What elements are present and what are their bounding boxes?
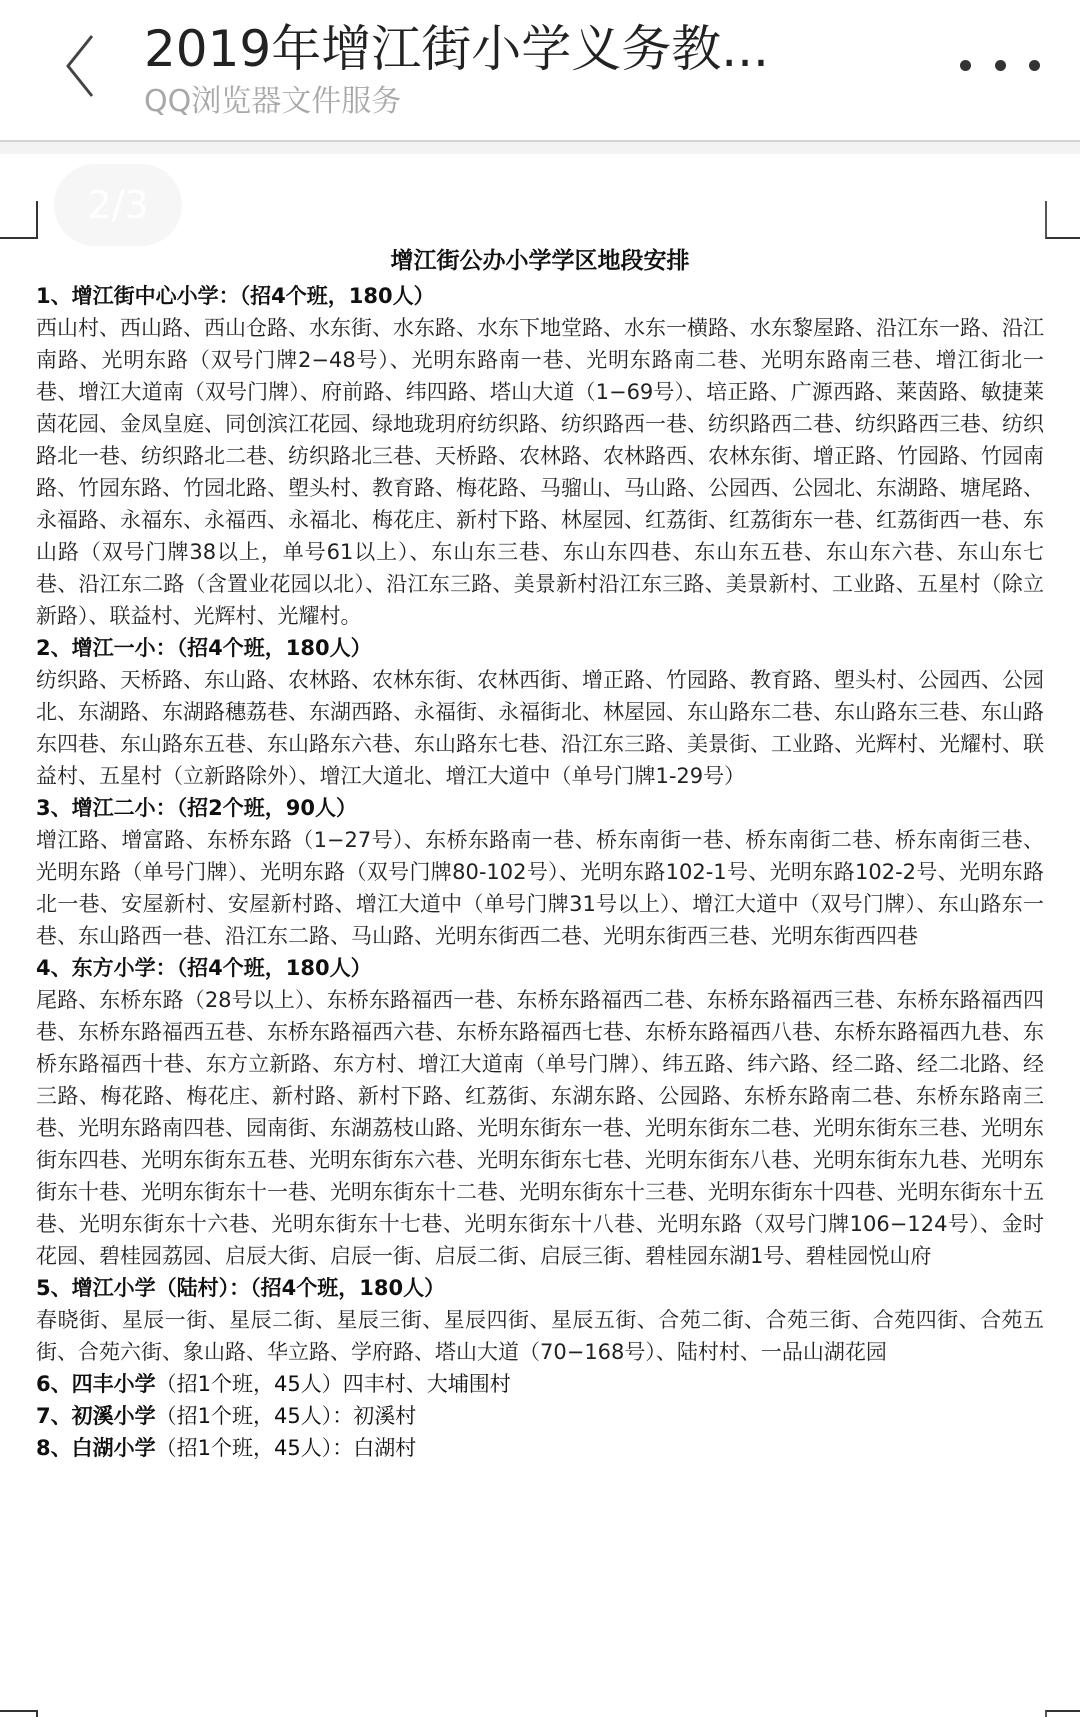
- school-heading: 2、增江一小：（招4个班，180人）: [36, 632, 1044, 664]
- school-name: 7、初溪小学: [36, 1404, 156, 1428]
- school-line: 7、初溪小学（招1个班，45人）：初溪村: [36, 1400, 1044, 1432]
- district-streets: 纺织路、天桥路、东山路、农林路、农林东街、农林西街、增正路、竹园路、教育路、塱头…: [36, 664, 1044, 792]
- district-streets: 春晓街、星辰一街、星辰二街、星辰三街、星辰四街、星辰五街、合苑二街、合苑三街、合…: [36, 1304, 1044, 1368]
- school-name: 5、增江小学（陆村）：: [36, 1276, 250, 1300]
- doc-heading: 增江街公办小学学区地段安排: [0, 243, 1080, 279]
- school-heading: 4、东方小学：（招4个班，180人）: [36, 952, 1044, 984]
- app-header: 2019年增江街小学义务教... QQ浏览器文件服务: [0, 0, 1080, 142]
- school-name: 8、白湖小学: [36, 1436, 156, 1460]
- enrollment-quota: （招1个班，45人）：: [156, 1404, 354, 1428]
- school-section: 1、增江街中心小学：（招4个班，180人） 西山村、西山路、西山仓路、水东街、水…: [36, 280, 1044, 632]
- school-name: 6、四丰小学: [36, 1372, 156, 1396]
- service-label: QQ浏览器文件服务: [144, 82, 401, 122]
- enrollment-quota: （招2个班，90人）: [177, 796, 357, 820]
- district-streets: 尾路、东桥东路（28号以上）、东桥东路福西一巷、东桥东路福西二巷、东桥东路福西三…: [36, 984, 1044, 1272]
- school-name: 3、增江二小：: [36, 796, 177, 820]
- school-section: 4、东方小学：（招4个班，180人） 尾路、东桥东路（28号以上）、东桥东路福西…: [36, 952, 1044, 1272]
- school-name: 4、东方小学：: [36, 956, 177, 980]
- school-section: 3、增江二小：（招2个班，90人） 增江路、增富路、东桥东路（1−27号）、东桥…: [36, 792, 1044, 952]
- school-section: 2、增江一小：（招4个班，180人） 纺织路、天桥路、东山路、农林路、农林东街、…: [36, 632, 1044, 792]
- chevron-left-icon: [60, 30, 110, 100]
- district-streets: 四丰村、大埔围村: [343, 1372, 511, 1396]
- crop-mark-bottom-right: [1045, 1710, 1080, 1717]
- school-heading: 5、增江小学（陆村）：（招4个班，180人）: [36, 1272, 1044, 1304]
- crop-mark-top-right: [1045, 201, 1080, 239]
- enrollment-quota: （招1个班，45人）：: [156, 1436, 354, 1460]
- more-dot-icon: [995, 60, 1006, 71]
- more-menu-button[interactable]: [960, 50, 1040, 80]
- more-dot-icon: [1029, 60, 1040, 71]
- district-streets: 西山村、西山路、西山仓路、水东街、水东路、水东下地堂路、水东一横路、水东黎屋路、…: [36, 312, 1044, 632]
- document-content: 1、增江街中心小学：（招4个班，180人） 西山村、西山路、西山仓路、水东街、水…: [36, 280, 1044, 1464]
- school-name: 2、增江一小：: [36, 636, 177, 660]
- school-line: 6、四丰小学（招1个班，45人）四丰村、大埔围村: [36, 1368, 1044, 1400]
- school-section: 5、增江小学（陆村）：（招4个班，180人） 春晓街、星辰一街、星辰二街、星辰三…: [36, 1272, 1044, 1368]
- enrollment-quota: （招1个班，45人）: [156, 1372, 343, 1396]
- district-streets: 白湖村: [353, 1436, 416, 1460]
- school-heading: 3、增江二小：（招2个班，90人）: [36, 792, 1044, 824]
- crop-mark-top-left: [0, 201, 38, 239]
- back-button[interactable]: [60, 30, 110, 100]
- school-heading: 1、增江街中心小学：（招4个班，180人）: [36, 280, 1044, 312]
- enrollment-quota: （招4个班，180人）: [177, 636, 372, 660]
- enrollment-quota: （招4个班，180人）: [177, 956, 372, 980]
- enrollment-quota: （招4个班，180人）: [240, 284, 435, 308]
- more-dot-icon: [960, 60, 971, 71]
- district-streets: 增江路、增富路、东桥东路（1−27号）、东桥东路南一巷、桥东南街一巷、桥东南街二…: [36, 824, 1044, 952]
- school-name: 1、增江街中心小学：: [36, 284, 240, 308]
- crop-mark-bottom-left: [0, 1710, 38, 1717]
- enrollment-quota: （招4个班，180人）: [250, 1276, 445, 1300]
- school-line: 8、白湖小学（招1个班，45人）：白湖村: [36, 1432, 1044, 1464]
- page-separator: [0, 142, 1080, 154]
- district-streets: 初溪村: [353, 1404, 416, 1428]
- page-indicator: 2/3: [54, 164, 182, 246]
- document-title: 2019年增江街小学义务教...: [144, 14, 769, 84]
